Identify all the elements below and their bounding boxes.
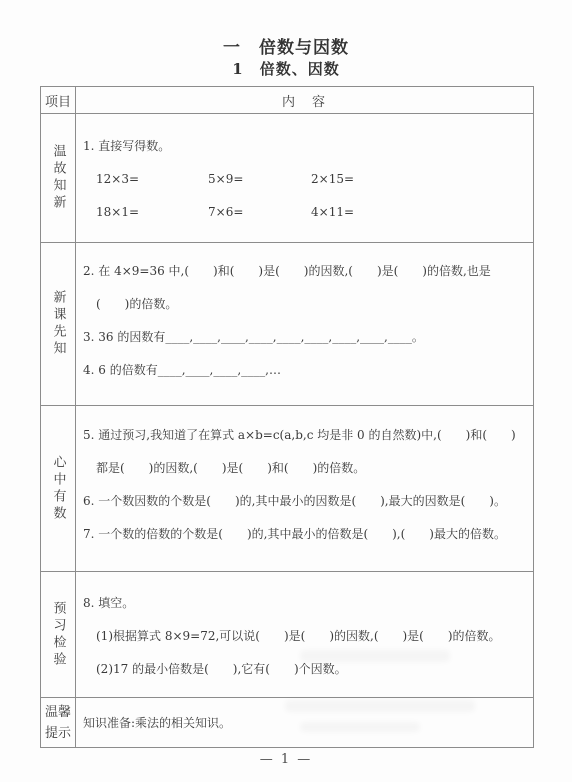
scan-bleed-artifact [300,650,450,662]
expression: 7×6= [208,206,243,218]
expression-row: 18×1= 7×6= 4×11= [83,195,531,228]
exercise-3-line: 3. 36 的因数有____,____,____,____,____,____,… [83,320,531,353]
exercise-6-line: 6. 一个数因数的个数是( )的,其中最小的因数是( ),最大的因数是( )。 [83,484,531,517]
expression: 5×9= [208,173,243,185]
lesson-title: 1 倍数、因数 [0,58,572,79]
section-content-review: 1. 直接写得数。 12×3= 5×9= 2×15= 18×1= 7×6= 4×… [76,114,533,242]
section-label-know-numbers: 心中有数 [52,455,65,523]
exercise-8-heading: 8. 填空。 [83,586,531,619]
exercise-2-line: 2. 在 4×9=36 中,( )和( )是( )的因数,( )是( )的倍数,… [83,254,531,287]
exercise-2-continued: ( )的倍数。 [83,287,531,320]
section-content-new-lesson: 2. 在 4×9=36 中,( )和( )是( )的因数,( )是( )的倍数,… [76,243,533,405]
section-content-preview-check: 8. 填空。 (1)根据算式 8×9=72,可以说( )是( )的因数,( )是… [76,572,533,697]
worksheet-table: 项目 内 容 温故知新 1. 直接写得数。 12×3= 5×9= 2×15= 1… [40,86,534,748]
table-header-row: 项目 内 容 [41,87,533,113]
table-row-know-numbers: 心中有数 5. 通过预习,我知道了在算式 a×b=c(a,b,c 均是非 0 的… [41,405,533,571]
expression: 2×15= [311,173,354,185]
table-row-preview-check: 预习检验 8. 填空。 (1)根据算式 8×9=72,可以说( )是( )的因数… [41,571,533,697]
expression: 18×1= [96,206,139,218]
expression: 4×11= [311,206,354,218]
unit-title: 一 倍数与因数 [0,33,572,58]
exercise-5-continued: 都是( )的因数,( )是( )和( )的倍数。 [83,451,531,484]
section-label-tips: 温馨提示 [43,702,73,744]
worksheet-page: 一 倍数与因数 1 倍数、因数 项目 内 容 温故知新 1. 直接写得数。 12… [0,0,572,782]
column-header-content: 内 容 [76,87,533,113]
expression-row: 12×3= 5×9= 2×15= [83,162,531,195]
exercise-8-sub1: (1)根据算式 8×9=72,可以说( )是( )的因数,( )是( )的倍数。 [83,619,531,652]
table-row-new-lesson: 新课先知 2. 在 4×9=36 中,( )和( )是( )的因数,( )是( … [41,242,533,405]
scan-bleed-artifact [285,700,475,712]
table-row-review: 温故知新 1. 直接写得数。 12×3= 5×9= 2×15= 18×1= 7×… [41,113,533,242]
section-content-know-numbers: 5. 通过预习,我知道了在算式 a×b=c(a,b,c 均是非 0 的自然数)中… [76,406,533,571]
exercise-7-line: 7. 一个数的倍数的个数是( )的,其中最小的倍数是( ),( )最大的倍数。 [83,517,531,550]
scan-bleed-artifact [300,722,420,732]
page-number: — 1 — [0,752,572,767]
section-label-review: 温故知新 [52,144,65,212]
exercise-1-heading: 1. 直接写得数。 [83,130,531,162]
column-header-project: 项目 [41,87,76,113]
tips-line: 知识准备:乘法的相关知识。 [83,706,231,739]
expression: 12×3= [96,173,139,185]
exercise-4-line: 4. 6 的倍数有____,____,____,____,… [83,353,531,386]
exercise-5-line: 5. 通过预习,我知道了在算式 a×b=c(a,b,c 均是非 0 的自然数)中… [83,418,531,451]
section-label-new-lesson: 新课先知 [52,290,65,358]
section-label-preview-check: 预习检验 [52,601,65,669]
